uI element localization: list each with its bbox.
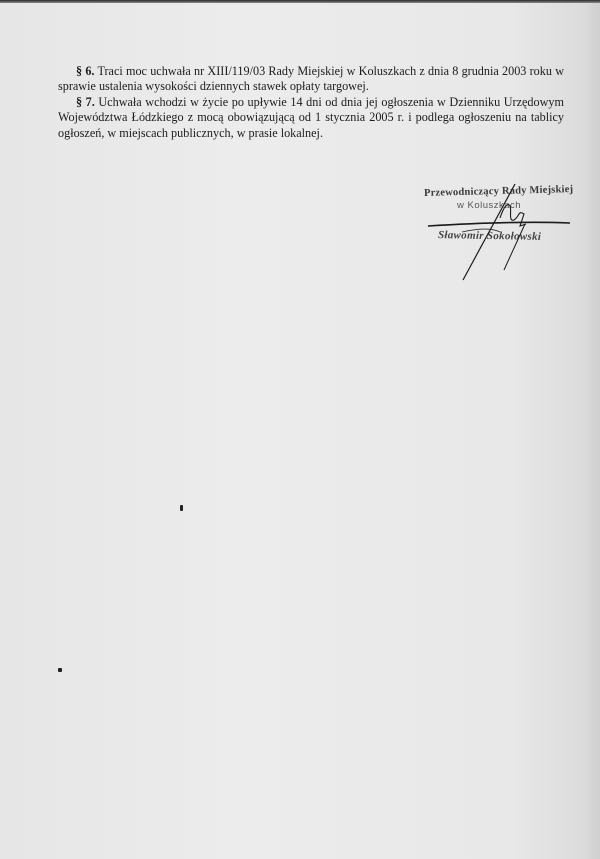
- scan-speck: [180, 505, 183, 511]
- section-number: § 7.: [76, 95, 95, 109]
- handwritten-signature-icon: [400, 180, 585, 290]
- paragraph-6: § 6. Traci moc uchwała nr XIII/119/03 Ra…: [58, 64, 564, 95]
- signature-block: Przewodniczący Rady Miejskiej w Koluszka…: [400, 180, 585, 290]
- scan-top-edge: [0, 0, 600, 3]
- section-number: § 6.: [76, 64, 94, 78]
- document-body: § 6. Traci moc uchwała nr XIII/119/03 Ra…: [58, 64, 564, 141]
- scanned-page: § 6. Traci moc uchwała nr XIII/119/03 Ra…: [0, 0, 600, 859]
- scan-speck: [58, 668, 62, 672]
- paragraph-7: § 7. Uchwała wchodzi w życie po upływie …: [58, 95, 564, 141]
- paragraph-text: Uchwała wchodzi w życie po upływie 14 dn…: [58, 95, 564, 140]
- paragraph-text: Traci moc uchwała nr XIII/119/03 Rady Mi…: [58, 64, 564, 93]
